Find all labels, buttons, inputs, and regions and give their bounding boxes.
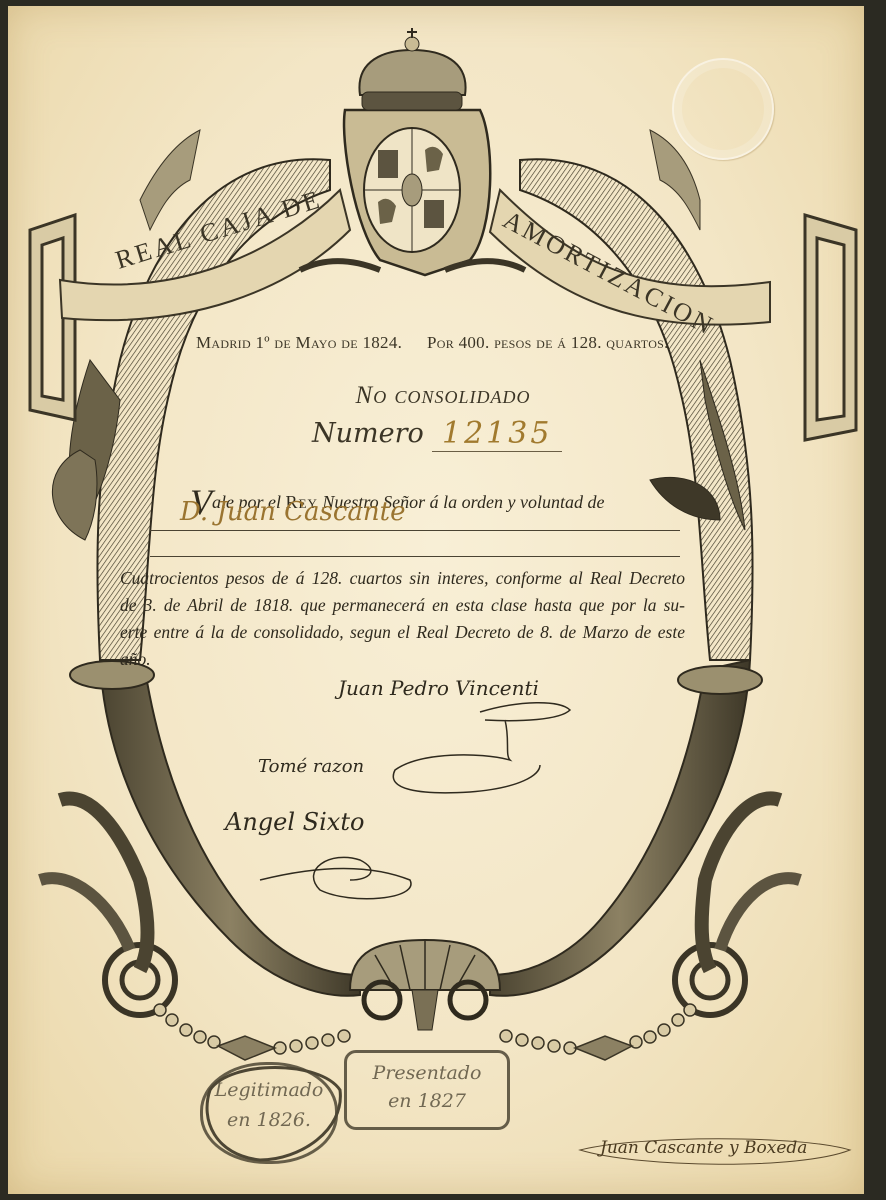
place-date: Madrid 1º de Mayo de 1824.	[196, 333, 402, 353]
crown-icon	[359, 28, 465, 110]
numero-label: Numero	[312, 418, 424, 449]
document-title: No consolidado	[0, 382, 886, 410]
stamp-legitimado: Legitimado en 1826.	[200, 1062, 338, 1164]
tome-razon-label: Tomé razon	[258, 756, 364, 777]
body-text: Cuatrocientos pesos de á 128. cuartos si…	[120, 565, 685, 673]
body-line-1: Cuatrocientos pesos de á 128. cuartos si…	[120, 565, 685, 592]
stamp-legitimado-line2: en 1826.	[203, 1105, 335, 1135]
stamp-presentado-line1: Presentado	[347, 1059, 507, 1087]
body-line-3: erte entre á la de consolidado, segun el…	[120, 619, 685, 673]
signature-vincenti: Juan Pedro Vincenti	[338, 676, 539, 700]
endorsement-signature: Juan Cascante y Boxeda	[600, 1138, 807, 1158]
body-line-2: de 3. de Abril de 1818. que permanecerá …	[120, 592, 685, 619]
payee-rule-2	[150, 556, 680, 557]
stamp-presentado-line2: en 1827	[347, 1087, 507, 1115]
stamp-legitimado-line1: Legitimado	[203, 1075, 335, 1105]
palmette-ornament-icon	[350, 940, 500, 1030]
stamp-presentado: Presentado en 1827	[344, 1050, 510, 1130]
embossed-seal-icon	[672, 58, 774, 160]
payee-name: D. Juan Cascante	[180, 497, 406, 527]
amount-header: Por 400. pesos de á 128. quartos.	[427, 333, 669, 353]
numero-value: 12135	[432, 416, 562, 452]
signature-sixto: Angel Sixto	[225, 808, 364, 836]
royal-coat-of-arms-icon	[300, 110, 525, 275]
payee-rule-1	[150, 530, 680, 531]
